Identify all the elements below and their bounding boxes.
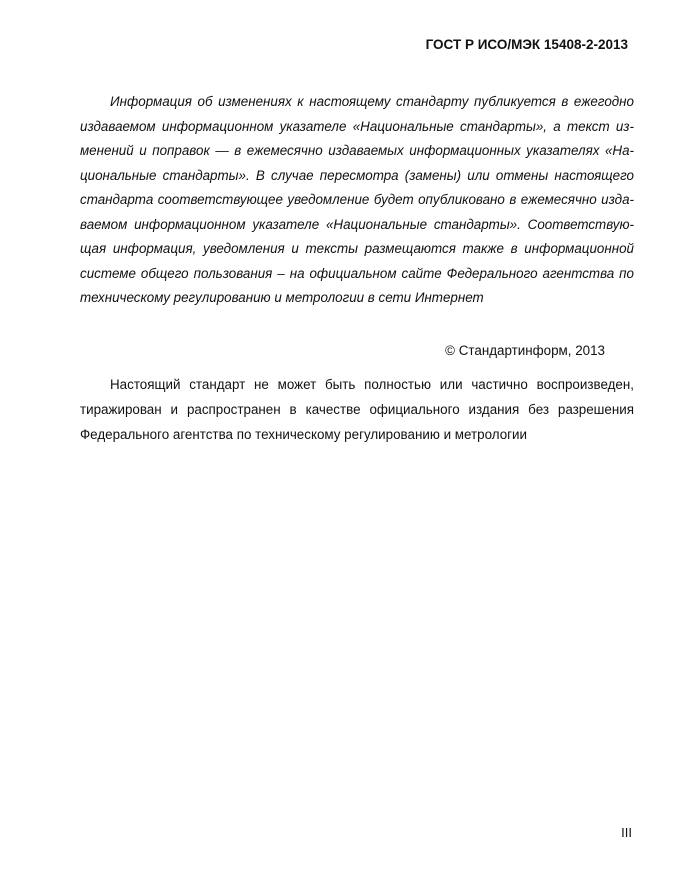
reproduction-notice-paragraph: Настоящий стандарт не может быть полност… [80,372,634,447]
paragraph-line: Федерального агентства по техническому р… [80,422,634,447]
document-code-header: ГОСТ Р ИСО/МЭК 15408-2-2013 [426,37,628,52]
paragraph-line: издаваемом информационном указателе «Нац… [80,115,634,140]
paragraph-line: менений и поправок — в ежемесячно издава… [80,139,634,164]
page-number: III [621,825,632,840]
paragraph-line: стандарта соответствующее уведомление бу… [80,188,634,213]
paragraph-line: Настоящий стандарт не может быть полност… [80,372,634,397]
paragraph-line: Информация об изменениях к настоящему ст… [80,90,634,115]
paragraph-line: циональные стандарты». В случае пересмот… [80,164,634,189]
amendments-info-paragraph: Информация об изменениях к настоящему ст… [80,90,634,311]
copyright-notice: © Стандартинформ, 2013 [445,343,605,358]
paragraph-line: тиражирован и распространен в качестве о… [80,397,634,422]
paragraph-line: техническому регулированию и метрологии … [80,286,634,311]
paragraph-line: системе общего пользования – на официаль… [80,262,634,287]
paragraph-line: щая информация, уведомления и тексты раз… [80,237,634,262]
paragraph-line: ваемом информационном указателе «Национа… [80,213,634,238]
